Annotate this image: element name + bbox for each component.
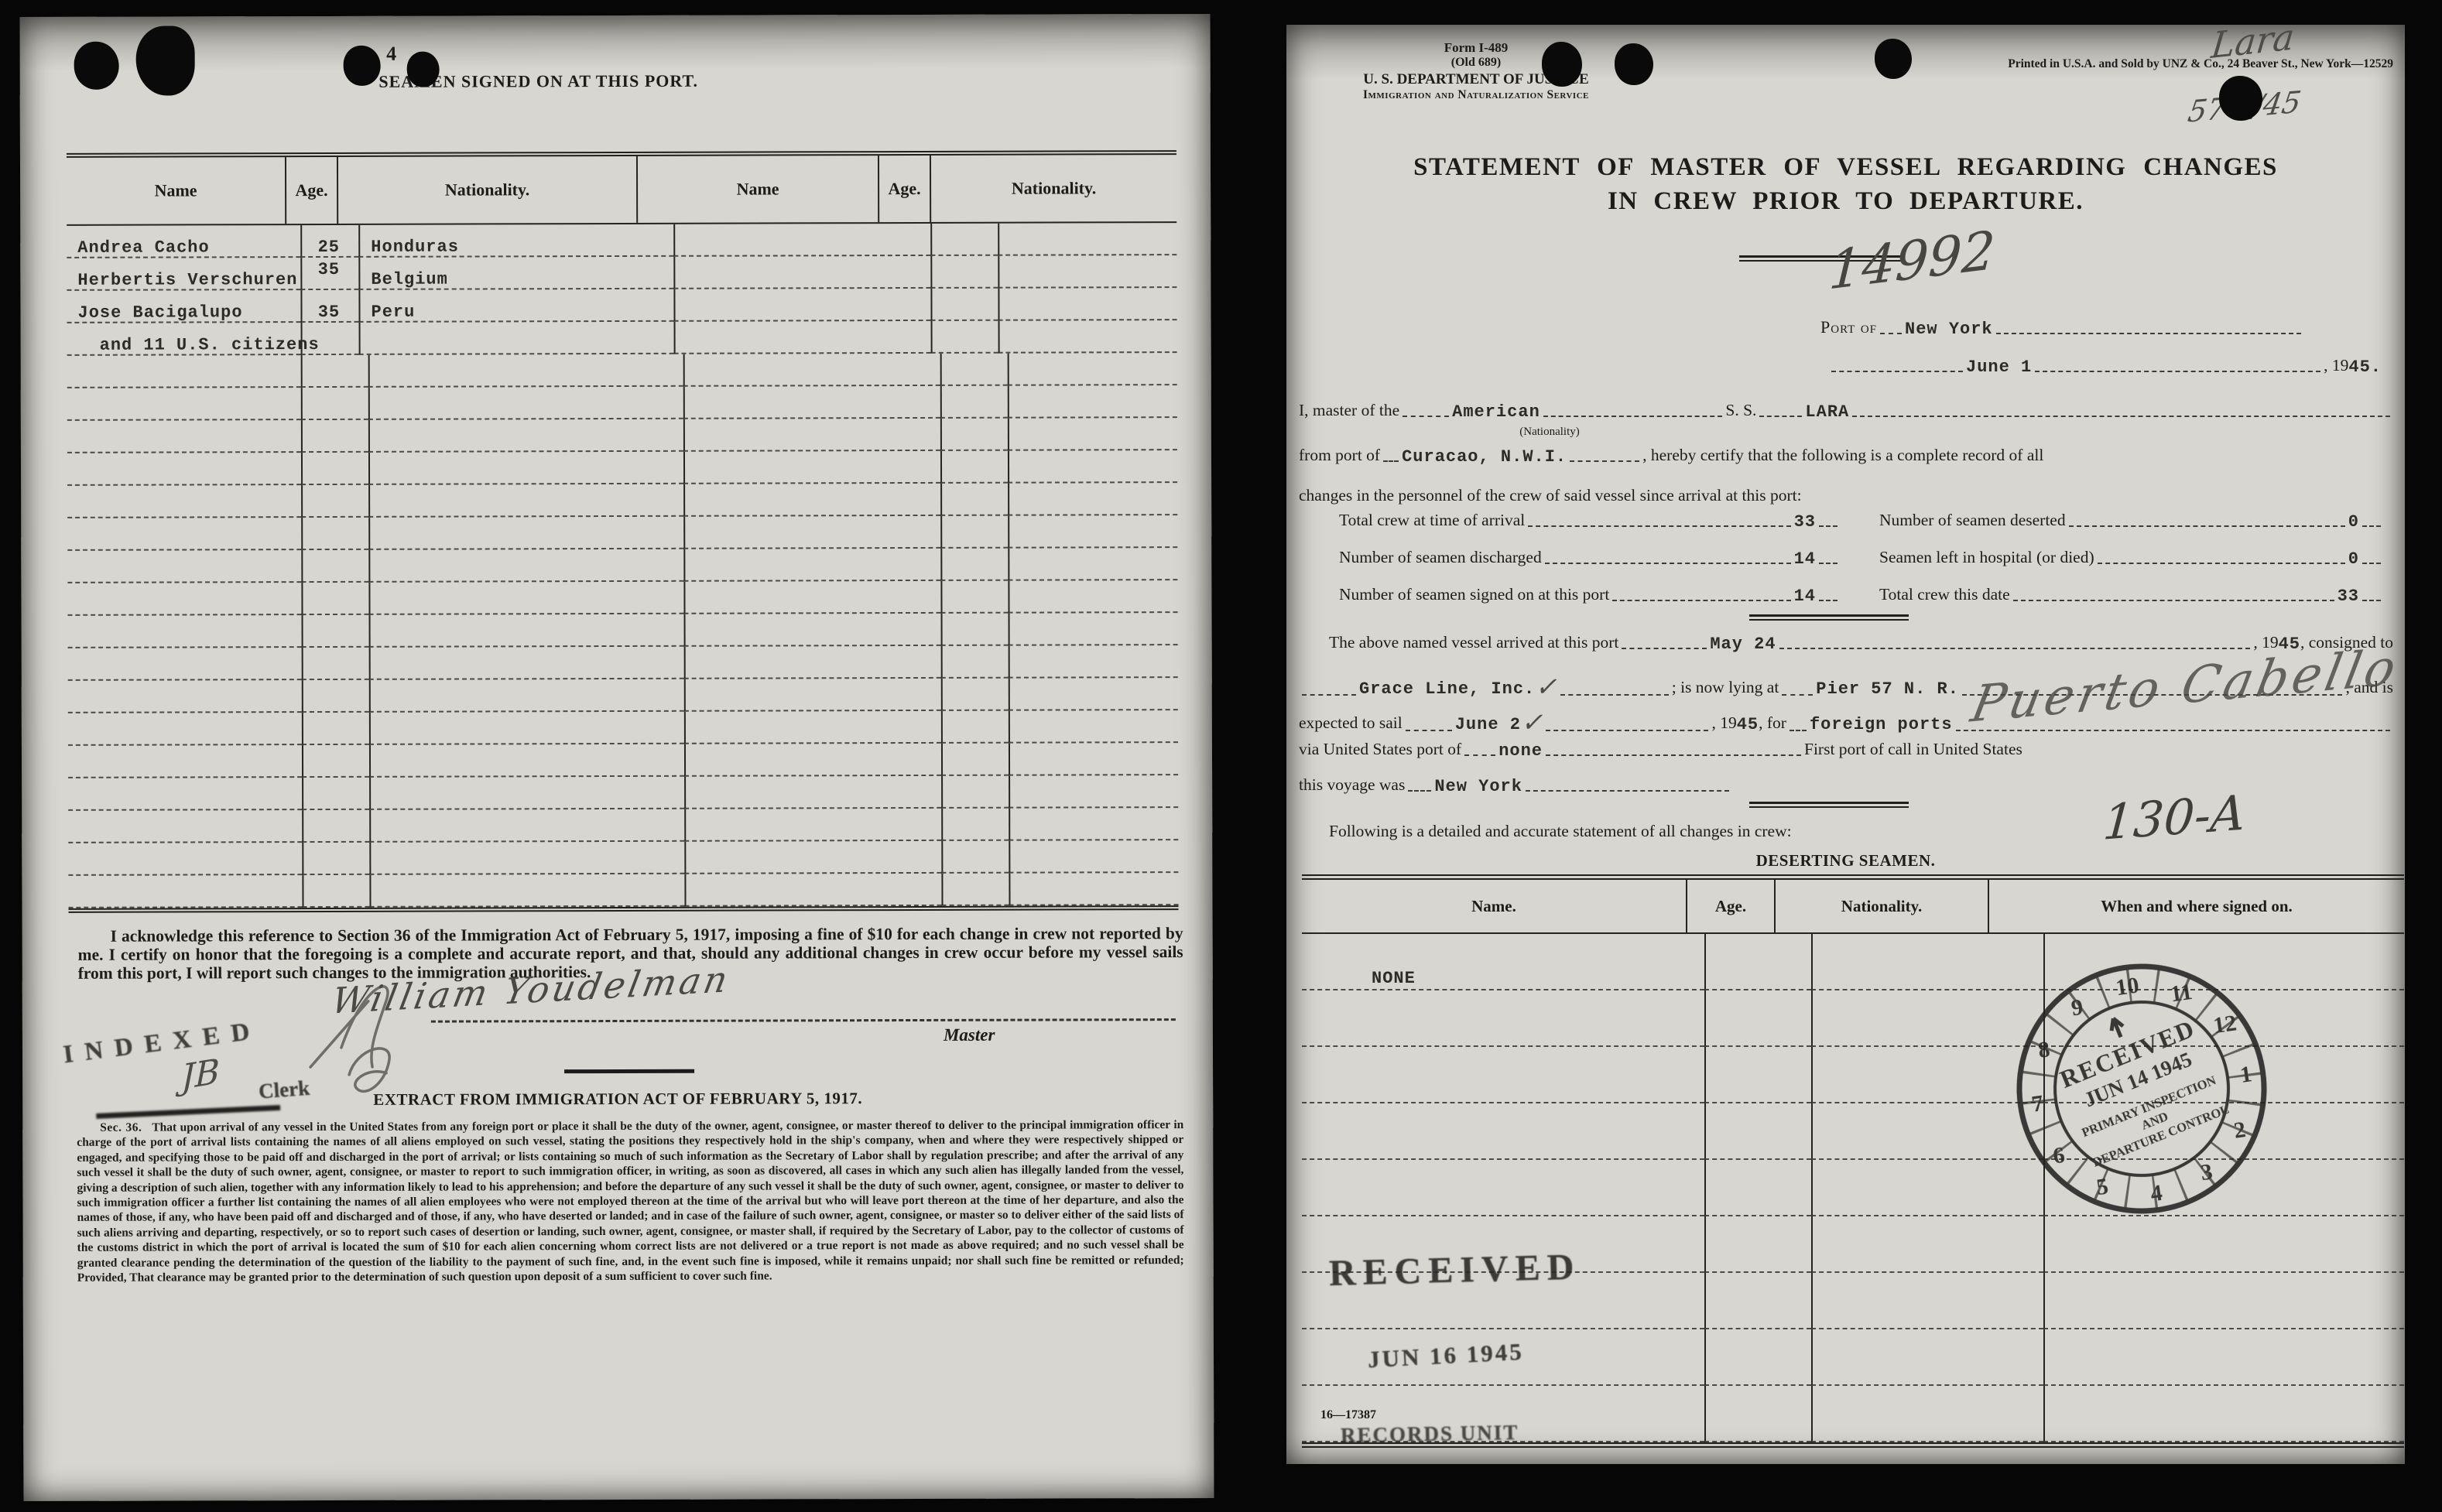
stat-line: Total crew at time of arrival 33 xyxy=(1339,511,1841,531)
deserting-none-value: NONE xyxy=(1316,969,1416,988)
handwritten-form-ref: 130-A xyxy=(2101,784,2248,850)
table-row-empty xyxy=(67,515,1177,551)
seaman-nationality: Peru xyxy=(371,305,415,320)
port-value: New York xyxy=(1905,320,1993,339)
clock-number: 9 xyxy=(2070,994,2084,1021)
seaman-age: 35 xyxy=(318,262,340,278)
date-line: June 1 , 19 45. xyxy=(1828,356,2382,376)
punch-hole xyxy=(136,26,195,95)
table-row-empty xyxy=(67,353,1177,388)
master-role-label: Master xyxy=(944,1025,995,1045)
seamen-signed-table: Name Age. Nationality. Name Age. Nationa… xyxy=(67,150,1179,913)
lying-label: ; is now lying at xyxy=(1672,678,1779,697)
punch-hole xyxy=(344,46,381,86)
vessel-name: LARA xyxy=(1805,402,1849,422)
clock-number: 8 xyxy=(2036,1036,2051,1063)
stat-line: Seamen left in hospital (or died) 0 xyxy=(1879,548,2384,568)
stat-label: Seamen left in hospital (or died) xyxy=(1879,548,2094,567)
left-page-title: SEAMEN SIGNED ON AT THIS PORT. xyxy=(221,70,856,92)
stat-label: Total crew this date xyxy=(1879,585,2010,604)
from-port-value: Curacao, N.W.I. xyxy=(1402,447,1567,467)
from-port-post: , hereby certify that the following is a… xyxy=(1642,446,2043,465)
clock-number: 4 xyxy=(2149,1180,2163,1207)
indexed-stamp: INDEXED xyxy=(62,1017,263,1070)
table-row-empty xyxy=(68,678,1178,713)
sail-year: 45 xyxy=(1737,715,1759,734)
stat-line: Number of seamen discharged 14 xyxy=(1339,548,1841,568)
stat-value: 33 xyxy=(2338,587,2359,606)
table-row-empty xyxy=(68,710,1178,746)
received-round-stamp: 1 2 3 4 5 6 7 8 9 10 11 12 RECEIVED JUN … xyxy=(1993,940,2290,1237)
stat-label: Number of seamen discharged xyxy=(1339,548,1542,567)
extract-body-text: That upon arrival of any vessel in the U… xyxy=(77,1118,1183,1285)
sail-date: June 2 xyxy=(1455,715,1521,734)
seaman-age: 35 xyxy=(318,305,340,320)
master-line: I, master of the American S. S. LARA xyxy=(1299,401,2393,421)
deserting-seamen-title: DESERTING SEAMEN. xyxy=(1286,851,2405,871)
punch-hole xyxy=(407,52,440,87)
table-row: Jose Bacigalupo 35 Peru xyxy=(67,288,1176,323)
column-header: Name. xyxy=(1302,880,1686,932)
via-value: none xyxy=(1498,741,1543,761)
port-label: Port of xyxy=(1820,317,1877,337)
table-row-empty xyxy=(68,645,1178,681)
clock-number: 1 xyxy=(2238,1061,2253,1088)
stat-line: Total crew this date 33 xyxy=(1879,585,2384,605)
seaman-age: 25 xyxy=(318,240,340,255)
clock-number: 11 xyxy=(2169,979,2194,1007)
following-statement: Following is a detailed and accurate sta… xyxy=(1329,822,1792,841)
punch-hole xyxy=(1615,43,1653,85)
arrival-pre: The above named vessel arrived at this p… xyxy=(1329,633,1618,652)
clock-number: 2 xyxy=(2232,1117,2247,1144)
column-header: Age. xyxy=(878,156,930,222)
handwritten-case-number: 14992 xyxy=(1827,220,1997,302)
statement-title-line1: STATEMENT OF MASTER OF VESSEL REGARDING … xyxy=(1286,153,2405,182)
table-row: Andrea Cacho 25 Honduras xyxy=(67,223,1176,258)
column-header: Nationality. xyxy=(1774,880,1988,932)
seaman-name: Jose Bacigalupo xyxy=(77,305,242,321)
column-header: Age. xyxy=(285,157,337,224)
seaman-nationality: Belgium xyxy=(371,272,447,288)
sail-for-label: , for xyxy=(1759,713,1786,733)
master-pre: I, master of the xyxy=(1299,401,1399,420)
table-row-empty xyxy=(68,743,1178,778)
handwritten-check: ✓ xyxy=(1535,672,1557,703)
stat-value: 0 xyxy=(2348,549,2359,569)
table-row-empty xyxy=(67,385,1177,421)
table-row: Herbertis Verschuren 35 Belgium xyxy=(67,255,1176,291)
department-name: U. S. DEPARTMENT OF JUSTICE xyxy=(1310,71,1642,88)
printer-imprint: Printed in U.S.A. and Sold by UNZ & Co.,… xyxy=(1929,57,2393,71)
table-row-empty xyxy=(68,808,1178,843)
punch-hole xyxy=(2219,76,2262,121)
year-label: , 19 xyxy=(2324,356,2348,375)
section-rule xyxy=(1749,614,1909,621)
vessel-nationality: American xyxy=(1452,402,1540,422)
left-page: 4 SEAMEN SIGNED ON AT THIS PORT. Name Ag… xyxy=(19,14,1214,1501)
voyage-pre: this voyage was xyxy=(1299,775,1405,795)
stat-line: Number of seamen signed on at this port … xyxy=(1339,585,1841,605)
year-value: 45. xyxy=(2348,357,2382,377)
service-name: Immigration and Naturalization Service xyxy=(1302,88,1650,102)
nationality-sublabel: (Nationality) xyxy=(1464,426,1635,439)
document-number: 16—17387 xyxy=(1320,1408,1376,1422)
statement-title-line2: IN CREW PRIOR TO DEPARTURE. xyxy=(1286,187,2405,216)
punch-hole xyxy=(1875,39,1912,79)
ss-label: S. S. xyxy=(1725,401,1756,420)
column-header: Age. xyxy=(1686,880,1774,932)
certify-continuation: changes in the personnel of the crew of … xyxy=(1299,486,1802,505)
voyage-line: this voyage was New York xyxy=(1299,775,1732,795)
seaman-nationality: Honduras xyxy=(371,240,459,255)
from-port-line: from port of Curacao, N.W.I. , hereby ce… xyxy=(1299,446,2393,466)
scan-shadow xyxy=(19,14,1210,71)
table-row-empty xyxy=(67,483,1177,518)
punch-hole xyxy=(74,42,119,90)
stat-value: 14 xyxy=(1794,587,1816,606)
signature-line xyxy=(431,1018,1176,1023)
received-stamp: RECEIVED xyxy=(1328,1246,1581,1295)
clock-number: 5 xyxy=(2094,1173,2109,1200)
consignee-value: Grace Line, Inc. xyxy=(1359,679,1535,699)
table-row-empty xyxy=(67,548,1177,583)
right-page: Form I-489 (Old 689) U. S. DEPARTMENT OF… xyxy=(1286,25,2405,1464)
scanned-document: 4 SEAMEN SIGNED ON AT THIS PORT. Name Ag… xyxy=(0,0,2442,1512)
clock-number: 3 xyxy=(2199,1158,2214,1185)
via-line: via United States port of none First por… xyxy=(1299,740,2393,760)
column-header: Name xyxy=(67,157,285,224)
table-row-empty xyxy=(68,840,1178,876)
seaman-name: and 11 U.S. citizens xyxy=(78,337,320,354)
divider-rule xyxy=(564,1069,694,1073)
stat-value: 33 xyxy=(1794,512,1816,532)
sail-pre: expected to sail xyxy=(1299,713,1403,733)
arrival-line: The above named vessel arrived at this p… xyxy=(1329,633,2393,653)
table-row-empty xyxy=(67,418,1177,453)
via-post: First port of call in United States xyxy=(1804,740,2022,759)
stat-label: Number of seamen signed on at this port xyxy=(1339,585,1609,604)
handwritten-check: ✓ xyxy=(1521,707,1543,738)
table-row-empty xyxy=(68,613,1178,648)
stat-label: Number of seamen deserted xyxy=(1879,511,2066,530)
extract-title: EXTRACT FROM IMMIGRATION ACT OF FEBRUARY… xyxy=(22,1088,1213,1110)
table-row-empty xyxy=(67,580,1177,616)
port-line: Port of New York xyxy=(1820,317,2304,338)
date-value: June 1 xyxy=(1966,357,2032,377)
pier-value: Pier 57 N. R. xyxy=(1816,679,1959,699)
stat-value: 14 xyxy=(1794,549,1816,569)
via-pre: via United States port of xyxy=(1299,740,1461,759)
stat-line: Number of seamen deserted 0 xyxy=(1879,511,2384,531)
records-unit-stamp: RECORDS UNIT xyxy=(1341,1421,1519,1448)
voyage-value: New York xyxy=(1434,777,1522,796)
arrival-date: May 24 xyxy=(1710,635,1776,654)
table-row: and 11 U.S. citizens xyxy=(67,320,1177,356)
clock-number: 12 xyxy=(2211,1010,2238,1038)
sail-year-label: , 19 xyxy=(1711,713,1736,733)
extract-section-label: Sec. 36. xyxy=(100,1121,142,1134)
arrow-up-icon xyxy=(2108,1016,2127,1039)
table-row-empty xyxy=(68,775,1178,811)
from-port-label: from port of xyxy=(1299,446,1380,465)
table-row-empty xyxy=(67,450,1177,486)
table-row-empty xyxy=(68,873,1178,908)
seaman-name: Herbertis Verschuren xyxy=(77,272,297,289)
seamen-table-header: Name Age. Nationality. Name Age. Nationa… xyxy=(67,155,1176,226)
punch-hole xyxy=(1542,42,1582,87)
column-header: Name xyxy=(636,156,878,223)
column-header: Nationality. xyxy=(930,155,1176,222)
seaman-name: Andrea Cacho xyxy=(77,240,209,255)
clock-number: 7 xyxy=(2030,1090,2045,1117)
column-header: When and where signed on. xyxy=(1988,880,2404,932)
extract-paragraph: Sec. 36. That upon arrival of any vessel… xyxy=(77,1117,1184,1285)
column-header: Nationality. xyxy=(337,156,636,224)
deserting-table-header: Name. Age. Nationality. When and where s… xyxy=(1302,880,2404,934)
section-rule xyxy=(1749,802,1909,808)
clock-number: 10 xyxy=(2114,972,2140,1001)
sail-destination: foreign ports xyxy=(1810,715,1953,734)
empty-rows xyxy=(67,353,1179,908)
stat-label: Total crew at time of arrival xyxy=(1339,511,1525,530)
stat-value: 0 xyxy=(2348,512,2359,532)
